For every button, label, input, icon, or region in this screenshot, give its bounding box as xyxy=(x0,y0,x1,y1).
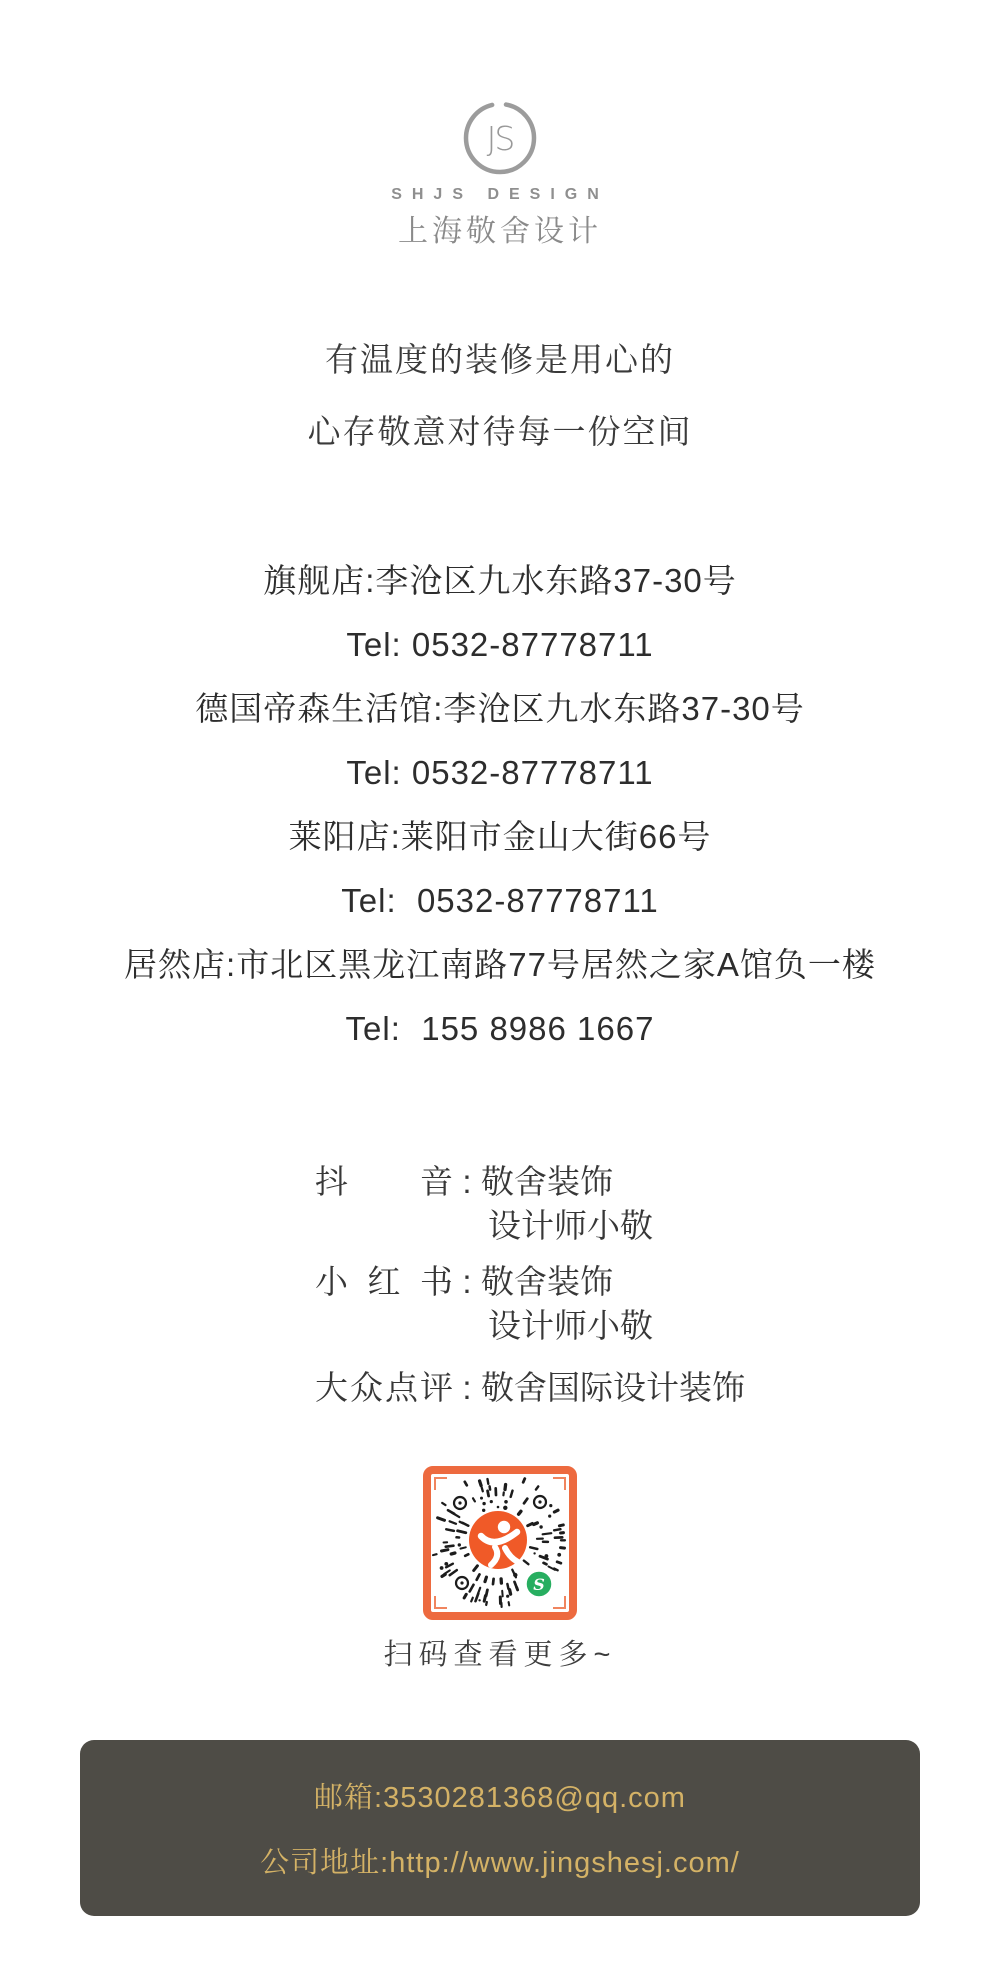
dianping-account-line1: 敬舍国际设计装饰 xyxy=(481,1366,745,1410)
douyin-colon: : xyxy=(453,1160,481,1204)
store-tel-laiyang: Tel: 0532-87778711 xyxy=(0,869,1000,933)
store-line-flagship: 旗舰店:李沧区九水东路37-30号 xyxy=(0,549,1000,613)
stores-block: 旗舰店:李沧区九水东路37-30号 Tel: 0532-87778711 德国帝… xyxy=(0,549,1000,1061)
dianping-logo-icon xyxy=(469,1511,527,1569)
logo-monogram: JS xyxy=(487,119,514,158)
store-tel-flagship: Tel: 0532-87778711 xyxy=(0,613,1000,677)
wechat-miniprogram-badge-icon: S xyxy=(526,1571,553,1598)
xiaohongshu-account-line2: 设计师小敬 xyxy=(481,1304,745,1348)
qr-corner-mark-bl xyxy=(434,1596,447,1609)
douyin-label: 抖音 xyxy=(315,1160,453,1204)
social-row-dianping: 大众点评 : 敬舍国际设计装饰 xyxy=(315,1366,745,1410)
tagline-line1: 有温度的装修是用心的 xyxy=(0,334,1000,381)
social-row-xiaohongshu: 小红书 : 敬舍装饰 设计师小敬 xyxy=(315,1260,745,1348)
qr-pattern: S xyxy=(431,1474,569,1612)
social-section: 抖音 : 敬舍装饰 设计师小敬 小红书 : 敬舍装饰 设计师小敬 大众点评 : … xyxy=(315,1160,745,1410)
dianping-value: 敬舍国际设计装饰 xyxy=(481,1366,745,1410)
douyin-account-line1: 敬舍装饰 xyxy=(481,1160,745,1204)
qr-corner-mark-tl xyxy=(434,1477,447,1490)
qr-corner-mark-tr xyxy=(553,1477,566,1490)
qr-corner-mark-br xyxy=(553,1596,566,1609)
social-row-douyin: 抖音 : 敬舍装饰 设计师小敬 xyxy=(315,1160,745,1248)
douyin-account-line2: 设计师小敬 xyxy=(481,1204,745,1248)
qr-caption: 扫码查看更多~ xyxy=(0,1632,1000,1673)
brand-name-en: SHJS DESIGN xyxy=(0,186,1000,204)
xiaohongshu-colon: : xyxy=(453,1260,481,1304)
store-line-juran: 居然店:市北区黑龙江南路77号居然之家A馆负一楼 xyxy=(0,933,1000,997)
qr-code: S xyxy=(423,1466,577,1620)
xiaohongshu-label: 小红书 xyxy=(315,1260,453,1304)
xiaohongshu-account-line1: 敬舍装饰 xyxy=(481,1260,745,1304)
flyer-page: JS SHJS DESIGN 上海敬舍设计 有温度的装修是用心的 心存敬意对待每… xyxy=(0,0,1000,1988)
store-line-tysen: 德国帝森生活馆:李沧区九水东路37-30号 xyxy=(0,677,1000,741)
footer-email: 邮箱:3530281368@qq.com xyxy=(314,1775,686,1816)
store-line-laiyang: 莱阳店:莱阳市金山大街66号 xyxy=(0,805,1000,869)
brand-logo-icon: JS xyxy=(458,96,542,180)
dianping-label: 大众点评 xyxy=(315,1366,453,1410)
dianping-colon: : xyxy=(453,1366,481,1410)
brand-name-cn: 上海敬舍设计 xyxy=(0,206,1000,250)
footer-card: 邮箱:3530281368@qq.com 公司地址:http://www.jin… xyxy=(80,1740,920,1916)
tagline-line2: 心存敬意对待每一份空间 xyxy=(0,406,1000,453)
store-tel-tysen: Tel: 0532-87778711 xyxy=(0,741,1000,805)
svg-text:S: S xyxy=(533,1575,545,1594)
xiaohongshu-value: 敬舍装饰 设计师小敬 xyxy=(481,1260,745,1348)
douyin-value: 敬舍装饰 设计师小敬 xyxy=(481,1160,745,1248)
footer-website: 公司地址:http://www.jingshesj.com/ xyxy=(260,1840,740,1881)
store-tel-juran: Tel: 155 8986 1667 xyxy=(0,997,1000,1061)
